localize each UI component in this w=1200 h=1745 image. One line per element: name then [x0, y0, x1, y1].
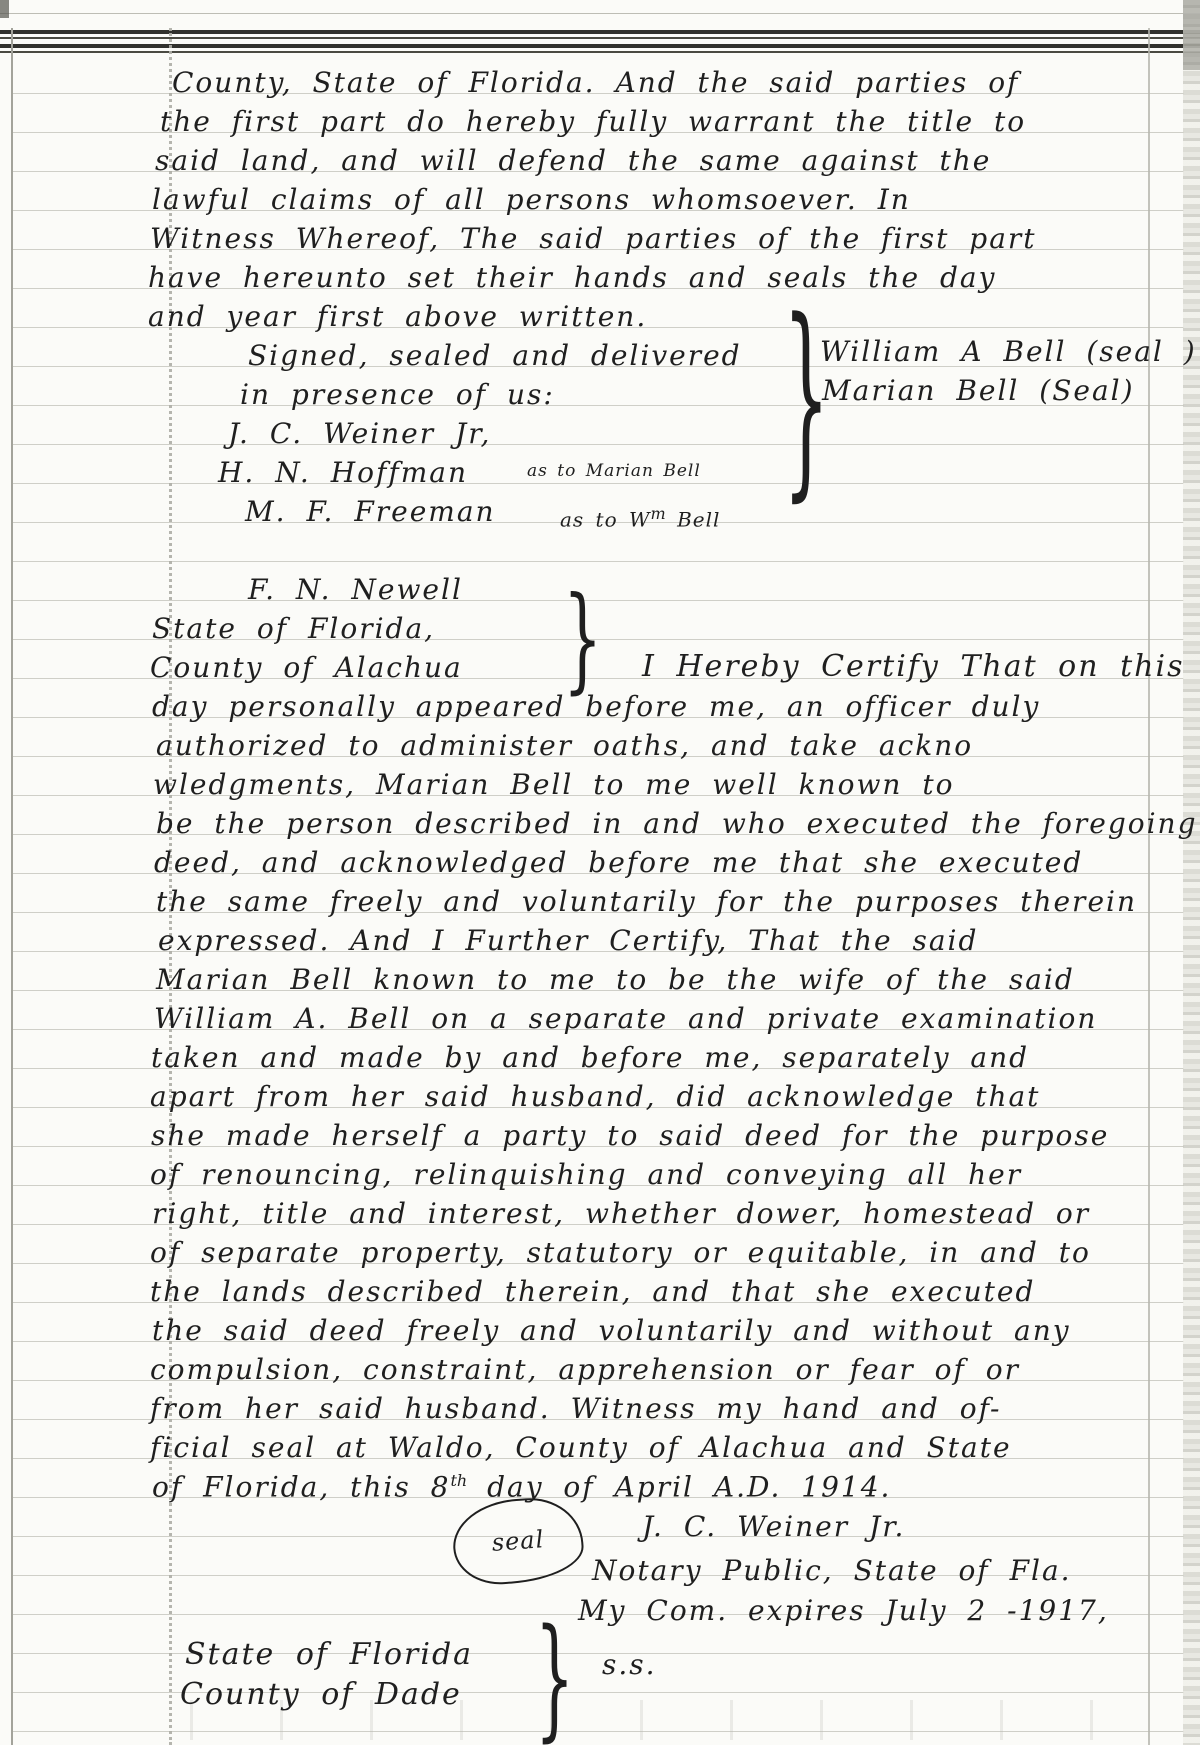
seal-label: seal	[491, 1525, 545, 1557]
acknowledgment-line: the said deed freely and voluntarily and…	[152, 1316, 1071, 1347]
deed-body-line: said land, and will defend the same agai…	[155, 146, 991, 177]
witness-signature: H. N. Hoffman	[218, 458, 468, 489]
certify-opening: I Hereby Certify That on this	[642, 650, 1184, 683]
acknowledgment-line: she made herself a party to said deed fo…	[151, 1121, 1109, 1152]
acknowledgment-line: taken and made by and before me, separat…	[151, 1043, 1029, 1074]
venue-state-line: State of Florida	[185, 1638, 473, 1671]
acknowledgment-line: of renouncing, relinquishing and conveyi…	[150, 1160, 1022, 1191]
scan-artifact	[0, 0, 9, 18]
notary-title: Notary Public, State of Fla.	[592, 1556, 1072, 1587]
attestation-line: Signed, sealed and delivered	[248, 341, 742, 372]
brace-icon: }	[535, 1612, 574, 1744]
party-signature: Marian Bell (Seal)	[822, 376, 1135, 407]
acknowledgment-line: right, title and interest, whether dower…	[152, 1199, 1090, 1230]
header-rule	[0, 30, 1200, 34]
acknowledgment-line: William A. Bell on a separate and privat…	[154, 1004, 1097, 1035]
acknowledgment-line: the same freely and voluntarily for the …	[156, 887, 1137, 918]
header-rule	[0, 37, 1200, 39]
witness-note-text: as to W	[560, 508, 651, 532]
witness-signature: M. F. Freeman	[245, 497, 496, 528]
deed-body-line: County, State of Florida. And the said p…	[172, 68, 1019, 99]
witness-note-text: Bell	[666, 508, 721, 532]
acknowledgment-line: compulsion, constraint, apprehension or …	[150, 1355, 1020, 1386]
date-text: of Florida, this 8	[152, 1470, 450, 1503]
acknowledgment-line: wledgments, Marian Bell to me well known…	[153, 770, 954, 801]
scan-edge-noise	[1183, 0, 1200, 70]
acknowledgment-line: be the person described in and who execu…	[156, 809, 1198, 840]
deed-body-line: lawful claims of all persons whomsoever.…	[152, 185, 911, 216]
header-rule	[0, 44, 1200, 48]
notary-commission: My Com. expires July 2 -1917,	[578, 1596, 1109, 1627]
deed-body-line: Witness Whereof, The said parties of the…	[150, 224, 1037, 255]
party-signature: William A Bell (seal )	[820, 337, 1197, 368]
acknowledgment-line: ficial seal at Waldo, County of Alachua …	[150, 1433, 1012, 1464]
deed-body-line: and year first above written.	[148, 302, 647, 333]
witness-signature: J. C. Weiner Jr,	[228, 419, 491, 450]
witness-signature: F. N. Newell	[248, 575, 463, 606]
header-rule	[0, 51, 1200, 53]
acknowledgment-line: apart from her said husband, did acknowl…	[150, 1082, 1040, 1113]
brace-icon: }	[563, 582, 602, 696]
scan-edge-noise	[1183, 0, 1200, 1745]
acknowledgment-line: of separate property, statutory or equit…	[150, 1238, 1091, 1269]
acknowledgment-line: authorized to administer oaths, and take…	[156, 731, 973, 762]
superscript: th	[450, 1471, 467, 1490]
venue-state-line: State of Florida,	[152, 614, 435, 645]
superscript: m	[651, 504, 666, 523]
acknowledgment-line: from her said husband. Witness my hand a…	[150, 1394, 1001, 1425]
ss-abbreviation: s.s.	[602, 1650, 657, 1681]
top-hairline	[0, 13, 1200, 14]
acknowledgment-line: Marian Bell known to me to be the wife o…	[156, 965, 1075, 996]
deed-book-page: County, State of Florida. And the said p…	[0, 0, 1200, 1745]
deed-body-line: have hereunto set their hands and seals …	[148, 263, 996, 294]
witness-note: as to Wm Bell	[560, 505, 720, 531]
acknowledgment-line: expressed. And I Further Certify, That t…	[158, 926, 978, 957]
notary-signature: J. C. Weiner Jr.	[642, 1512, 905, 1543]
attestation-line: in presence of us:	[240, 380, 555, 411]
deed-body-line: the first part do hereby fully warrant t…	[160, 107, 1026, 138]
acknowledgment-line: deed, and acknowledged before me that sh…	[154, 848, 1083, 879]
right-margin-line	[1148, 28, 1150, 1745]
venue-county-line: County of Dade	[180, 1678, 462, 1711]
acknowledgment-line: the lands described therein, and that sh…	[150, 1277, 1035, 1308]
page-left-edge-line	[11, 28, 13, 1745]
witness-note: as to Marian Bell	[527, 462, 701, 481]
venue-county-line: County of Alachua	[150, 653, 463, 684]
acknowledgment-line: day personally appeared before me, an of…	[152, 692, 1040, 723]
